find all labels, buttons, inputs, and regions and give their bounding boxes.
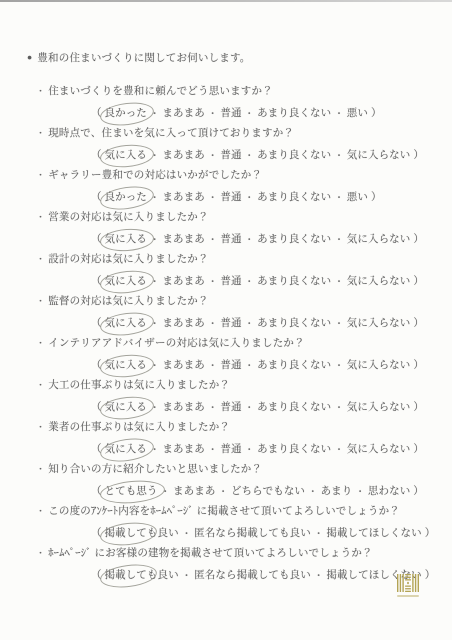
- survey-question-block: ・ギャラリー豊和での対応はいかがでしたか？ （良かった・まあまあ・普通・あまり良…: [0, 165, 452, 207]
- question-line: ・業者の仕事ぶりは気に入りましたか？: [36, 417, 452, 438]
- company-logo: [396, 574, 420, 597]
- survey-question-block: ・業者の仕事ぶりは気に入りましたか？ （気に入る・まあまあ・普通・あまり良くない…: [0, 417, 452, 459]
- survey-question-block: ・監督の対応は気に入りましたか？ （気に入る・まあまあ・普通・あまり良くない・気…: [0, 291, 452, 333]
- answer-option: まあまあ: [162, 315, 204, 330]
- survey-question-block: ・住まいづくりを豊和に頼んでどう思いますか？ （良かった・まあまあ・普通・あまり…: [0, 81, 452, 123]
- option-separator: ・: [334, 442, 344, 456]
- survey-question-block: ・知り合いの方に紹介したいと思いましたか？ （とても思う・まあまあ・どちらでもな…: [0, 459, 452, 501]
- close-paren: ）: [413, 273, 424, 288]
- item-bullet-icon: ・: [36, 170, 45, 180]
- item-bullet-icon: ・: [36, 128, 45, 138]
- answer-option: 匿名なら掲載しても良い: [194, 525, 311, 540]
- option-separator: ・: [334, 400, 344, 414]
- open-paren: （: [91, 567, 102, 582]
- question-text: この度のｱﾝｹｰﾄ内容をﾎｰﾑﾍﾟｰｼﾞ に掲載させて頂いてよろしいでしょうか？: [48, 505, 400, 517]
- option-separator: ・: [150, 232, 160, 246]
- answer-option: 普通: [220, 189, 241, 204]
- open-paren: （: [91, 399, 102, 414]
- answer-option: あまり良くない: [257, 357, 331, 372]
- bullet-icon: ●: [27, 52, 32, 62]
- question-text: 知り合いの方に紹介したいと思いましたか？: [48, 463, 262, 475]
- answer-option: 悪い: [347, 105, 368, 120]
- question-line: ・知り合いの方に紹介したいと思いましたか？: [36, 459, 452, 480]
- item-bullet-icon: ・: [36, 506, 45, 516]
- answer-option: あまり良くない: [257, 189, 331, 204]
- answer-line: （とても思う・まあまあ・どちらでもない・あまり・思わない）: [88, 480, 452, 501]
- answer-option-selected: 気に入る: [105, 315, 147, 330]
- answer-option-selected: 良かった: [105, 105, 147, 120]
- option-separator: ・: [208, 400, 218, 414]
- survey-question-block: ・現時点で、住まいを気に入って頂けておりますか？ （気に入る・まあまあ・普通・あ…: [0, 123, 452, 165]
- option-separator: ・: [208, 274, 218, 288]
- survey-question-block: ・この度のｱﾝｹｰﾄ内容をﾎｰﾑﾍﾟｰｼﾞ に掲載させて頂いてよろしいでしょうか…: [0, 501, 452, 543]
- survey-question-block: ・大工の仕事ぶりは気に入りましたか？ （気に入る・まあまあ・普通・あまり良くない…: [0, 375, 452, 417]
- option-separator: ・: [245, 316, 255, 330]
- answer-option: 普通: [220, 315, 241, 330]
- answer-option-selected: 気に入る: [105, 441, 147, 456]
- answer-option: 気に入らない: [347, 231, 411, 246]
- option-separator: ・: [150, 400, 160, 414]
- option-separator: ・: [150, 190, 160, 204]
- open-paren: （: [91, 273, 102, 288]
- howa-logo-icon: [397, 574, 419, 592]
- answer-option: まあまあ: [162, 105, 204, 120]
- option-separator: ・: [208, 190, 218, 204]
- answer-option-selected: 良かった: [105, 189, 147, 204]
- answer-option: 気に入らない: [347, 441, 411, 456]
- question-line: ・インテリアアドバイザーの対応は気に入りましたか？: [36, 333, 452, 354]
- answer-line: （気に入る・まあまあ・普通・あまり良くない・気に入らない）: [88, 354, 452, 375]
- option-separator: ・: [334, 358, 344, 372]
- question-line: ・住まいづくりを豊和に頼んでどう思いますか？: [36, 81, 452, 102]
- answer-option: 普通: [220, 441, 241, 456]
- option-separator: ・: [334, 190, 344, 204]
- answer-line: （気に入る・まあまあ・普通・あまり良くない・気に入らない）: [88, 438, 452, 459]
- answer-option-selected: 気に入る: [105, 357, 147, 372]
- answer-option-selected: 気に入る: [105, 399, 147, 414]
- question-text: 大工の仕事ぶりは気に入りましたか？: [48, 379, 230, 391]
- answer-option: あまり良くない: [257, 105, 331, 120]
- option-separator: ・: [218, 484, 228, 498]
- option-separator: ・: [245, 190, 255, 204]
- answer-option: あまり良くない: [257, 315, 331, 330]
- answer-option: あまり: [321, 483, 353, 498]
- option-separator: ・: [334, 106, 344, 120]
- answer-option: 気に入らない: [347, 273, 411, 288]
- logo-caption-line: [397, 595, 419, 597]
- open-paren: （: [91, 189, 102, 204]
- option-separator: ・: [208, 442, 218, 456]
- question-text: 業者の仕事ぶりは気に入りましたか？: [48, 421, 230, 433]
- close-paren: ）: [413, 441, 424, 456]
- survey-question-block: ・営業の対応は気に入りましたか？ （気に入る・まあまあ・普通・あまり良くない・気…: [0, 207, 452, 249]
- answer-option: 掲載してほしくない: [326, 525, 421, 540]
- item-bullet-icon: ・: [36, 338, 45, 348]
- option-separator: ・: [150, 106, 160, 120]
- scanned-survey-page: ●豊和の住まいづくりに関してお伺いします。 ・住まいづくりを豊和に頼んでどう思い…: [0, 0, 452, 640]
- answer-option: 気に入らない: [347, 357, 411, 372]
- item-bullet-icon: ・: [36, 86, 45, 96]
- answer-option: 気に入らない: [347, 399, 411, 414]
- answer-option: まあまあ: [173, 483, 215, 498]
- survey-heading: ●豊和の住まいづくりに関してお伺いします。: [27, 50, 251, 66]
- open-paren: （: [91, 315, 102, 330]
- answer-option: まあまあ: [162, 231, 204, 246]
- close-paren: ）: [413, 315, 424, 330]
- option-separator: ・: [150, 274, 160, 288]
- option-separator: ・: [314, 568, 324, 582]
- option-separator: ・: [150, 148, 160, 162]
- item-bullet-icon: ・: [36, 380, 45, 390]
- answer-option: あまり良くない: [257, 231, 331, 246]
- question-line: ・ﾎｰﾑﾍﾟｰｼﾞ にお客様の建物を掲載させて頂いてよろしいでしょうか？: [36, 543, 452, 564]
- open-paren: （: [91, 441, 102, 456]
- answer-option: 思わない: [368, 483, 410, 498]
- answer-option: あまり良くない: [257, 399, 331, 414]
- question-text: 住まいづくりを豊和に頼んでどう思いますか？: [48, 85, 273, 97]
- option-separator: ・: [245, 400, 255, 414]
- answer-option: まあまあ: [162, 147, 204, 162]
- survey-heading-text: 豊和の住まいづくりに関してお伺いします。: [37, 52, 250, 64]
- item-bullet-icon: ・: [36, 548, 45, 558]
- question-line: ・大工の仕事ぶりは気に入りましたか？: [36, 375, 452, 396]
- answer-option: 普通: [220, 231, 241, 246]
- answer-line: （気に入る・まあまあ・普通・あまり良くない・気に入らない）: [88, 270, 452, 291]
- option-separator: ・: [245, 442, 255, 456]
- close-paren: ）: [413, 399, 424, 414]
- question-line: ・ギャラリー豊和での対応はいかがでしたか？: [36, 165, 452, 186]
- close-paren: ）: [413, 357, 424, 372]
- answer-option: 悪い: [347, 189, 368, 204]
- option-separator: ・: [182, 526, 192, 540]
- option-separator: ・: [355, 484, 365, 498]
- answer-option: 普通: [220, 273, 241, 288]
- answer-option-selected: 気に入る: [105, 273, 147, 288]
- answer-line: （良かった・まあまあ・普通・あまり良くない・悪い）: [88, 186, 452, 207]
- option-separator: ・: [208, 106, 218, 120]
- answer-line: （良かった・まあまあ・普通・あまり良くない・悪い）: [88, 102, 452, 123]
- option-separator: ・: [208, 316, 218, 330]
- survey-question-block: ・ﾎｰﾑﾍﾟｰｼﾞ にお客様の建物を掲載させて頂いてよろしいでしょうか？ （掲載…: [0, 543, 452, 585]
- answer-option: 気に入らない: [347, 315, 411, 330]
- option-separator: ・: [334, 148, 344, 162]
- option-separator: ・: [334, 274, 344, 288]
- option-separator: ・: [245, 106, 255, 120]
- answer-option-selected: 気に入る: [105, 147, 147, 162]
- answer-option-selected: とても思う: [105, 483, 158, 498]
- item-bullet-icon: ・: [36, 296, 45, 306]
- answer-option: あまり良くない: [257, 147, 331, 162]
- question-list: ・住まいづくりを豊和に頼んでどう思いますか？ （良かった・まあまあ・普通・あまり…: [0, 81, 452, 585]
- answer-option: まあまあ: [162, 189, 204, 204]
- option-separator: ・: [208, 358, 218, 372]
- question-text: ﾎｰﾑﾍﾟｰｼﾞ にお客様の建物を掲載させて頂いてよろしいでしょうか？: [48, 547, 373, 559]
- question-line: ・現時点で、住まいを気に入って頂けておりますか？: [36, 123, 452, 144]
- answer-option: まあまあ: [162, 273, 204, 288]
- option-separator: ・: [150, 442, 160, 456]
- question-text: 現時点で、住まいを気に入って頂けておりますか？: [48, 127, 294, 139]
- survey-question-block: ・インテリアアドバイザーの対応は気に入りましたか？ （気に入る・まあまあ・普通・…: [0, 333, 452, 375]
- question-text: 営業の対応は気に入りましたか？: [48, 211, 209, 223]
- option-separator: ・: [245, 274, 255, 288]
- answer-option: 普通: [220, 357, 241, 372]
- close-paren: ）: [413, 483, 424, 498]
- answer-option: 普通: [220, 105, 241, 120]
- option-separator: ・: [208, 148, 218, 162]
- question-text: 監督の対応は気に入りましたか？: [48, 295, 209, 307]
- option-separator: ・: [208, 232, 218, 246]
- answer-option: あまり良くない: [257, 273, 331, 288]
- answer-option: 気に入らない: [347, 147, 411, 162]
- option-separator: ・: [334, 232, 344, 246]
- question-line: ・監督の対応は気に入りましたか？: [36, 291, 452, 312]
- answer-option-selected: 掲載しても良い: [105, 567, 179, 582]
- question-text: 設計の対応は気に入りましたか？: [48, 253, 209, 265]
- close-paren: ）: [371, 105, 382, 120]
- open-paren: （: [91, 147, 102, 162]
- option-separator: ・: [334, 316, 344, 330]
- answer-option: どちらでもない: [231, 483, 305, 498]
- question-line: ・設計の対応は気に入りましたか？: [36, 249, 452, 270]
- option-separator: ・: [182, 568, 192, 582]
- option-separator: ・: [161, 484, 171, 498]
- close-paren: ）: [413, 231, 424, 246]
- item-bullet-icon: ・: [36, 254, 45, 264]
- close-paren: ）: [425, 525, 436, 540]
- answer-option: 普通: [220, 399, 241, 414]
- scan-edge-artifact: [0, 0, 452, 2]
- answer-line: （気に入る・まあまあ・普通・あまり良くない・気に入らない）: [88, 144, 452, 165]
- close-paren: ）: [413, 147, 424, 162]
- answer-line: （気に入る・まあまあ・普通・あまり良くない・気に入らない）: [88, 228, 452, 249]
- open-paren: （: [91, 357, 102, 372]
- answer-line: （気に入る・まあまあ・普通・あまり良くない・気に入らない）: [88, 396, 452, 417]
- option-separator: ・: [308, 484, 318, 498]
- open-paren: （: [91, 525, 102, 540]
- answer-option: まあまあ: [162, 441, 204, 456]
- open-paren: （: [91, 231, 102, 246]
- option-separator: ・: [245, 148, 255, 162]
- answer-option: 普通: [220, 147, 241, 162]
- item-bullet-icon: ・: [36, 212, 45, 222]
- answer-option: 匿名なら掲載しても良い: [194, 567, 311, 582]
- open-paren: （: [91, 483, 102, 498]
- answer-option: まあまあ: [162, 399, 204, 414]
- answer-line: （掲載しても良い・匿名なら掲載しても良い・掲載してほしくない）: [88, 522, 452, 543]
- item-bullet-icon: ・: [36, 464, 45, 474]
- question-line: ・この度のｱﾝｹｰﾄ内容をﾎｰﾑﾍﾟｰｼﾞ に掲載させて頂いてよろしいでしょうか…: [36, 501, 452, 522]
- answer-option-selected: 気に入る: [105, 231, 147, 246]
- answer-option: まあまあ: [162, 357, 204, 372]
- answer-line: （気に入る・まあまあ・普通・あまり良くない・気に入らない）: [88, 312, 452, 333]
- question-text: ギャラリー豊和での対応はいかがでしたか？: [48, 169, 262, 181]
- option-separator: ・: [150, 358, 160, 372]
- option-separator: ・: [150, 316, 160, 330]
- option-separator: ・: [245, 232, 255, 246]
- open-paren: （: [91, 105, 102, 120]
- option-separator: ・: [314, 526, 324, 540]
- close-paren: ）: [425, 567, 436, 582]
- question-text: インテリアアドバイザーの対応は気に入りましたか？: [48, 337, 305, 349]
- item-bullet-icon: ・: [36, 422, 45, 432]
- close-paren: ）: [371, 189, 382, 204]
- answer-option-selected: 掲載しても良い: [105, 525, 179, 540]
- answer-option: あまり良くない: [257, 441, 331, 456]
- option-separator: ・: [245, 358, 255, 372]
- question-line: ・営業の対応は気に入りましたか？: [36, 207, 452, 228]
- survey-question-block: ・設計の対応は気に入りましたか？ （気に入る・まあまあ・普通・あまり良くない・気…: [0, 249, 452, 291]
